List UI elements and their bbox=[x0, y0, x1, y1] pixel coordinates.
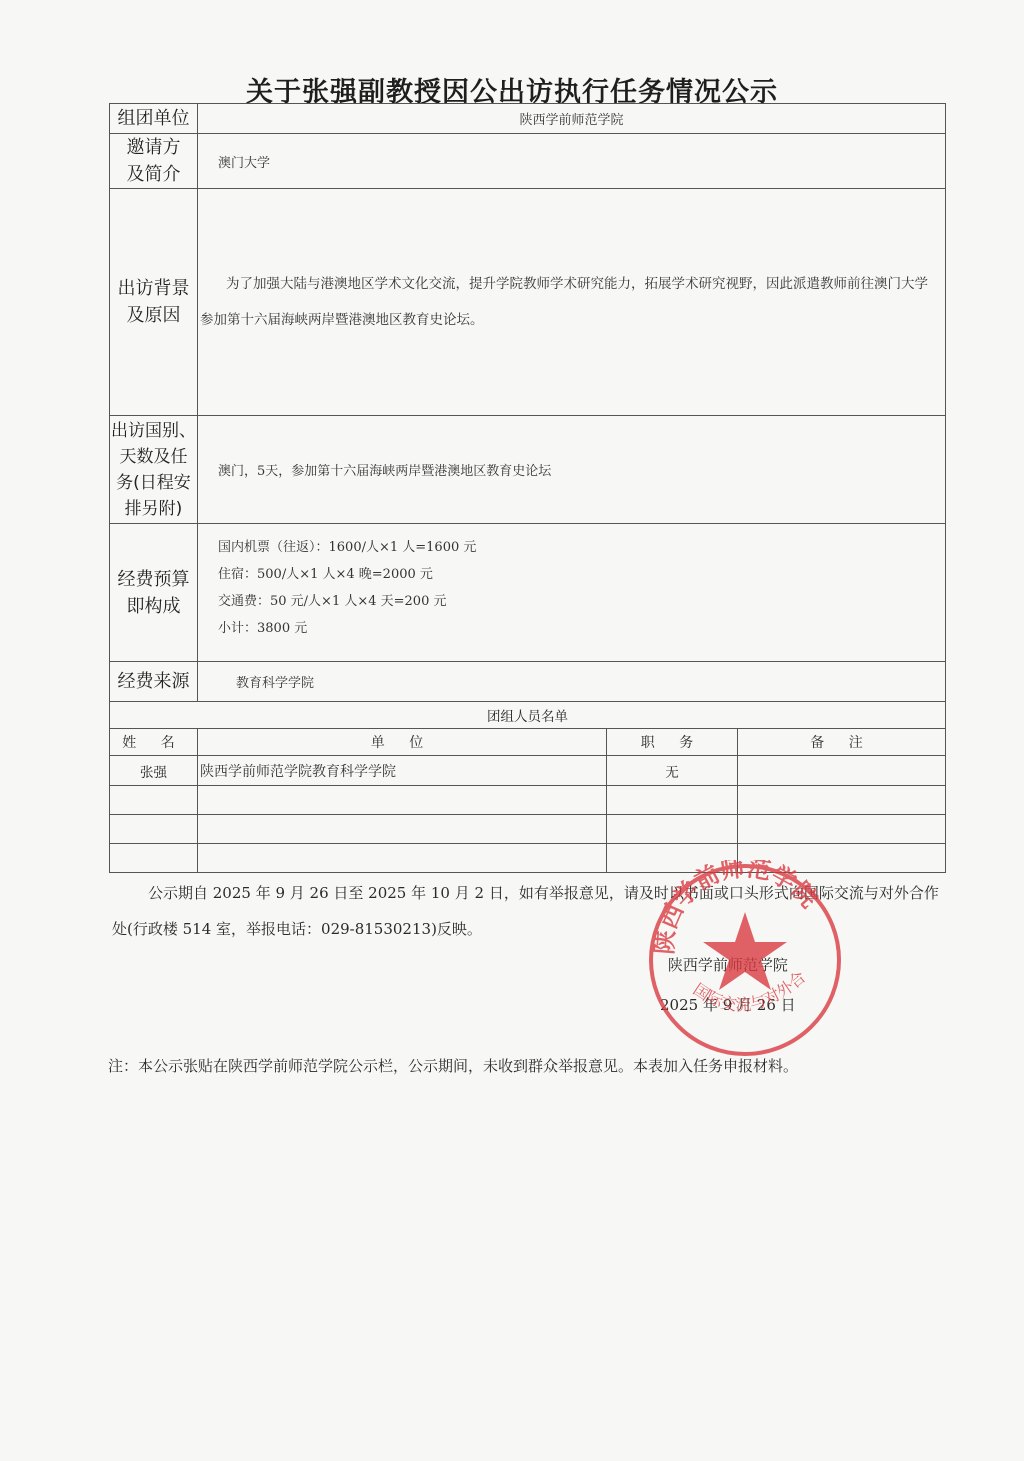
row-destination: 出访国别、 天数及任 务(日程安 排另附) 澳门，5天，参加第十六届海峡两岸暨港… bbox=[110, 416, 946, 524]
notice-paragraph: 公示期自 2025 年 9 月 26 日至 2025 年 10 月 2 日，如有… bbox=[112, 875, 942, 947]
row-funding: 经费来源 教育科学学院 bbox=[110, 662, 946, 702]
empty-cell bbox=[110, 844, 198, 873]
visit-form-table: 组团单位 陕西学前师范学院 邀请方及简介 澳门大学 出访背景及原因 为了加强大陆… bbox=[109, 103, 946, 873]
col-header-remarks: 备 注 bbox=[738, 729, 946, 756]
member-remarks bbox=[738, 756, 946, 786]
label-funding: 经费来源 bbox=[110, 662, 198, 702]
value-destination: 澳门，5天，参加第十六届海峡两岸暨港澳地区教育史论坛 bbox=[198, 416, 946, 524]
signature-date: 2025 年 9 月 26 日 bbox=[660, 985, 796, 1025]
member-unit: 陕西学前师范学院教育科学学院 bbox=[198, 756, 607, 786]
empty-cell bbox=[198, 844, 607, 873]
empty-cell bbox=[607, 786, 738, 815]
budget-item: 国内机票（往返）：1600/人×1 人=1600 元 bbox=[218, 534, 945, 561]
member-position: 无 bbox=[607, 756, 738, 786]
row-budget: 经费预算即构成 国内机票（往返）：1600/人×1 人=1600 元 住宿：50… bbox=[110, 524, 946, 662]
label-inviter: 邀请方及简介 bbox=[110, 134, 198, 189]
label-line: 出访国别、 bbox=[110, 418, 197, 444]
budget-item: 小计：3800 元 bbox=[218, 615, 945, 642]
label-budget: 经费预算即构成 bbox=[110, 524, 198, 662]
label-line: 经费预算 bbox=[110, 566, 197, 593]
value-inviter: 澳门大学 bbox=[198, 134, 946, 189]
table-row bbox=[110, 844, 946, 873]
label-destination: 出访国别、 天数及任 务(日程安 排另附) bbox=[110, 416, 198, 524]
label-line: 邀请方 bbox=[110, 134, 197, 161]
label-line: 出访背景 bbox=[110, 275, 197, 302]
signature-org: 陕西学前师范学院 bbox=[660, 945, 796, 985]
col-header-name: 姓 名 bbox=[110, 729, 198, 756]
label-line: 务(日程安 bbox=[110, 470, 197, 496]
table-row bbox=[110, 786, 946, 815]
empty-cell bbox=[607, 844, 738, 873]
member-name: 张强 bbox=[110, 756, 198, 786]
label-line: 排另附) bbox=[110, 496, 197, 522]
budget-item: 交通费：50 元/人×1 人×4 天=200 元 bbox=[218, 588, 945, 615]
signature-block: 陕西学前师范学院 2025 年 9 月 26 日 bbox=[660, 945, 796, 1025]
label-org-unit: 组团单位 bbox=[110, 104, 198, 134]
empty-cell bbox=[110, 815, 198, 844]
members-section-title: 团组人员名单 bbox=[110, 702, 946, 729]
label-line: 及简介 bbox=[110, 161, 197, 188]
row-inviter: 邀请方及简介 澳门大学 bbox=[110, 134, 946, 189]
empty-cell bbox=[738, 815, 946, 844]
table-row: 张强 陕西学前师范学院教育科学学院 无 bbox=[110, 756, 946, 786]
table-row bbox=[110, 815, 946, 844]
value-org-unit: 陕西学前师范学院 bbox=[198, 104, 946, 134]
value-funding: 教育科学学院 bbox=[198, 662, 946, 702]
value-background: 为了加强大陆与港澳地区学术文化交流，提升学院教师学术研究能力，拓展学术研究视野，… bbox=[198, 189, 946, 416]
empty-cell bbox=[738, 844, 946, 873]
label-line: 天数及任 bbox=[110, 444, 197, 470]
col-header-unit: 单 位 bbox=[198, 729, 607, 756]
col-header-position: 职 务 bbox=[607, 729, 738, 756]
row-org-unit: 组团单位 陕西学前师范学院 bbox=[110, 104, 946, 134]
footnote: 注：本公示张贴在陕西学前师范学院公示栏，公示期间，未收到群众举报意见。本表加入任… bbox=[108, 1055, 798, 1076]
empty-cell bbox=[198, 815, 607, 844]
empty-cell bbox=[738, 786, 946, 815]
budget-item: 住宿：500/人×1 人×4 晚=2000 元 bbox=[218, 561, 945, 588]
row-background: 出访背景及原因 为了加强大陆与港澳地区学术文化交流，提升学院教师学术研究能力，拓… bbox=[110, 189, 946, 416]
label-background: 出访背景及原因 bbox=[110, 189, 198, 416]
label-line: 即构成 bbox=[110, 593, 197, 620]
empty-cell bbox=[110, 786, 198, 815]
label-line: 及原因 bbox=[110, 302, 197, 329]
empty-cell bbox=[607, 815, 738, 844]
value-budget: 国内机票（往返）：1600/人×1 人=1600 元 住宿：500/人×1 人×… bbox=[198, 524, 946, 662]
members-header-row: 姓 名 单 位 职 务 备 注 bbox=[110, 729, 946, 756]
empty-cell bbox=[198, 786, 607, 815]
members-title-row: 团组人员名单 bbox=[110, 702, 946, 729]
notice-text: 公示期自 2025 年 9 月 26 日至 2025 年 10 月 2 日，如有… bbox=[112, 875, 942, 947]
